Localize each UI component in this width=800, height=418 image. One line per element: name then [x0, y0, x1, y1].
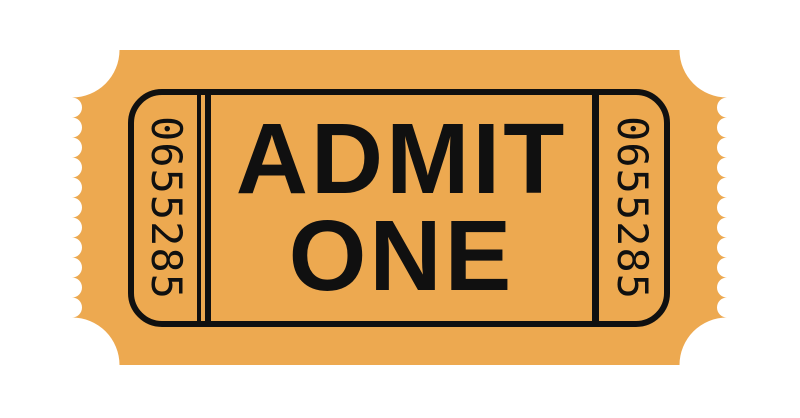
one-text-line: ONE	[289, 208, 515, 305]
right-stub-serial-number: 0655285	[611, 116, 653, 300]
left-stub-divider-line	[197, 89, 201, 327]
right-stub: 0655285	[599, 95, 664, 321]
right-stub-divider-line	[592, 89, 599, 327]
left-stub: 0655285	[134, 95, 197, 321]
ticket-center-panel: ADMIT ONE	[211, 95, 592, 321]
canvas: 0655285 0655285 ADMIT ONE	[0, 0, 800, 418]
left-stub-serial-number: 0655285	[145, 116, 187, 300]
admit-text-line: ADMIT	[236, 111, 568, 208]
admit-one-ticket: 0655285 0655285 ADMIT ONE	[72, 50, 727, 365]
